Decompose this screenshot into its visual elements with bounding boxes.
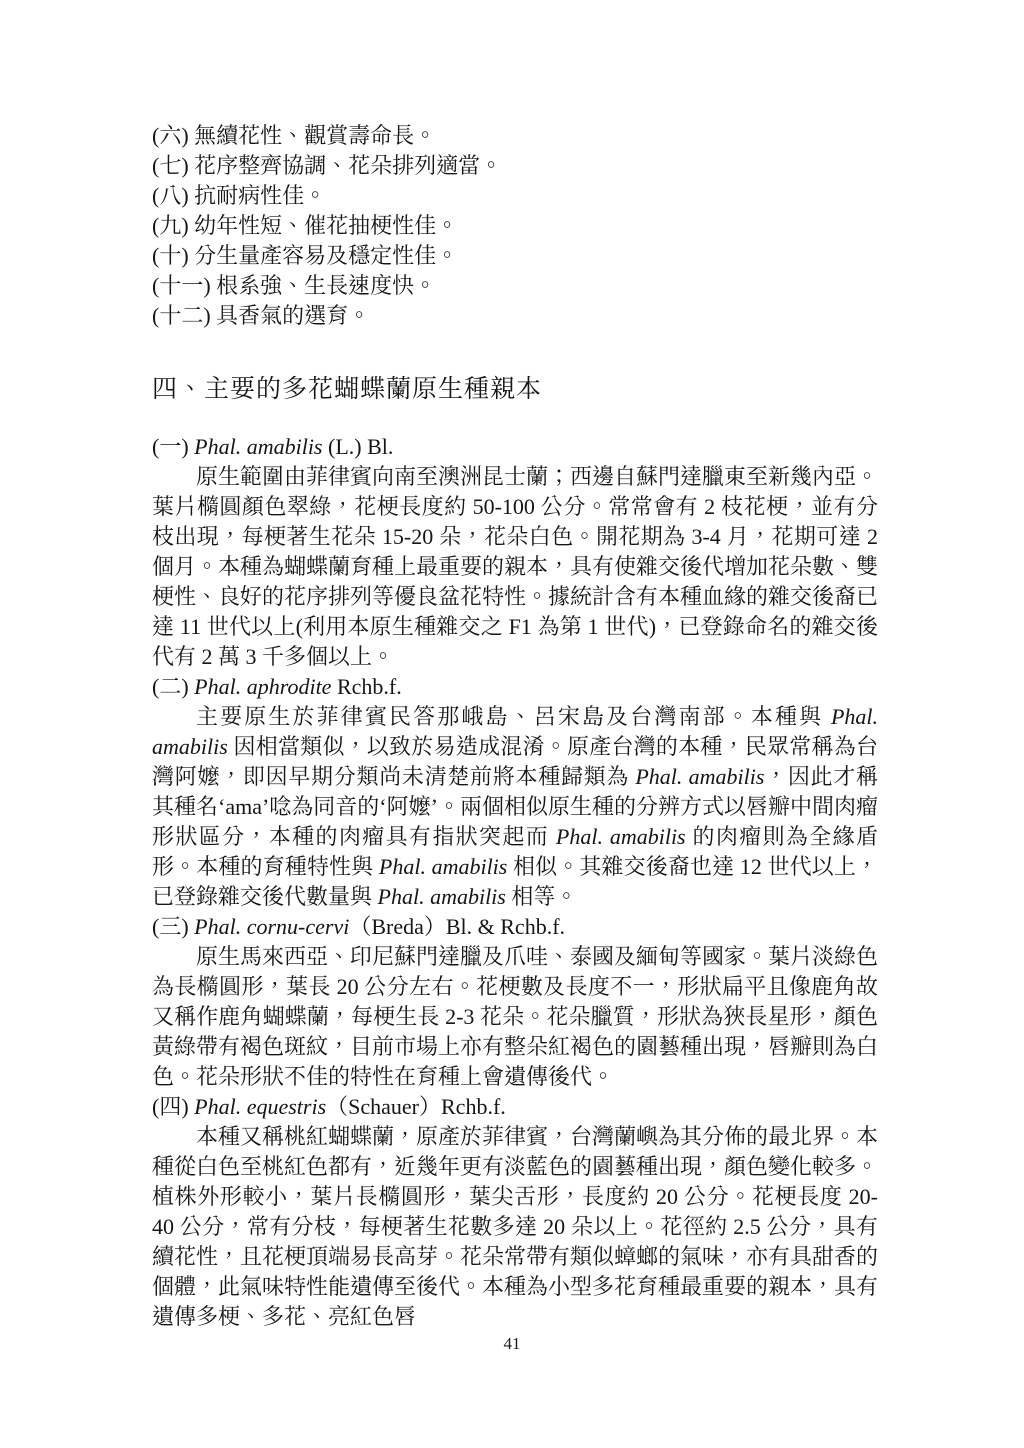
species-name: Phal. equestris [194,1094,326,1119]
text-segment: 原生馬來西亞、印尼蘇門達臘及爪哇、泰國及緬甸等國家。葉片淡綠色為長橢圓形，葉長 … [152,944,878,1089]
list-item: (十二) 具香氣的選育。 [152,301,878,331]
text-segment: （Schauer）Rchb.f. [326,1094,506,1119]
text-segment: 原生範圍由菲律賓向南至澳洲昆士蘭；西邊自蘇門達臘東至新幾內亞。葉片橢圓顏色翠綠，… [152,464,878,669]
entry-paragraph: 本種又稱桃紅蝴蝶蘭，原產於菲律賓，台灣蘭嶼為其分佈的最北界。本種從白色至桃紅色都… [152,1122,878,1332]
entry-paragraph: 原生範圍由菲律賓向南至澳洲昆士蘭；西邊自蘇門達臘東至新幾內亞。葉片橢圓顏色翠綠，… [152,462,878,672]
entry-heading: (三) Phal. cornu-cervi（Breda）Bl. & Rchb.f… [152,912,878,942]
page-footer: 41 [0,1334,1024,1354]
text-segment: (一) [152,434,194,459]
species-name: Phal. amabilis [379,854,507,879]
page-number: 41 [504,1334,521,1353]
species-name: Phal. amabilis [378,884,506,909]
text-segment: (二) [152,674,194,699]
text-segment: Rchb.f. [331,674,401,699]
entry-heading: (二) Phal. aphrodite Rchb.f. [152,672,878,702]
text-segment: 相等。 [506,884,578,909]
list-item: (八) 抗耐病性佳。 [152,181,878,211]
text-segment: (四) [152,1094,194,1119]
list-item: (七) 花序整齊協調、花朵排列適當。 [152,151,878,181]
list-item: (九) 幼年性短、催花抽梗性佳。 [152,211,878,241]
list-item: (六) 無續花性、觀賞壽命長。 [152,121,878,151]
text-segment: 主要原生於菲律賓民答那峨島、呂宋島及台灣南部。本種與 [196,704,831,729]
page-content: (六) 無續花性、觀賞壽命長。(七) 花序整齊協調、花朵排列適當。(八) 抗耐病… [152,121,878,1332]
criteria-list: (六) 無續花性、觀賞壽命長。(七) 花序整齊協調、花朵排列適當。(八) 抗耐病… [152,121,878,331]
section-heading: 四、主要的多花蝴蝶蘭原生種親本 [152,372,878,408]
text-segment: 本種又稱桃紅蝴蝶蘭，原產於菲律賓，台灣蘭嶼為其分佈的最北界。本種從白色至桃紅色都… [152,1124,878,1329]
species-name: Phal. aphrodite [194,674,331,699]
species-name: Phal. amabilis [556,824,686,849]
document-page: (六) 無續花性、觀賞壽命長。(七) 花序整齊協調、花朵排列適當。(八) 抗耐病… [0,0,1024,1448]
species-name: Phal. amabilis [635,764,764,789]
entry-heading: (一) Phal. amabilis (L.) Bl. [152,432,878,462]
entry-heading: (四) Phal. equestris（Schauer）Rchb.f. [152,1092,878,1122]
text-segment: (L.) Bl. [323,434,394,459]
list-item: (十一) 根系強、生長速度快。 [152,271,878,301]
entry-paragraph: 原生馬來西亞、印尼蘇門達臘及爪哇、泰國及緬甸等國家。葉片淡綠色為長橢圓形，葉長 … [152,942,878,1092]
text-segment: （Breda）Bl. & Rchb.f. [349,914,565,939]
species-name: Phal. amabilis [194,434,322,459]
species-name: Phal. cornu-cervi [194,914,349,939]
list-item: (十) 分生量產容易及穩定性佳。 [152,241,878,271]
species-entries: (一) Phal. amabilis (L.) Bl.原生範圍由菲律賓向南至澳洲… [152,432,878,1332]
text-segment: (三) [152,914,194,939]
entry-paragraph: 主要原生於菲律賓民答那峨島、呂宋島及台灣南部。本種與 Phal. amabili… [152,702,878,912]
